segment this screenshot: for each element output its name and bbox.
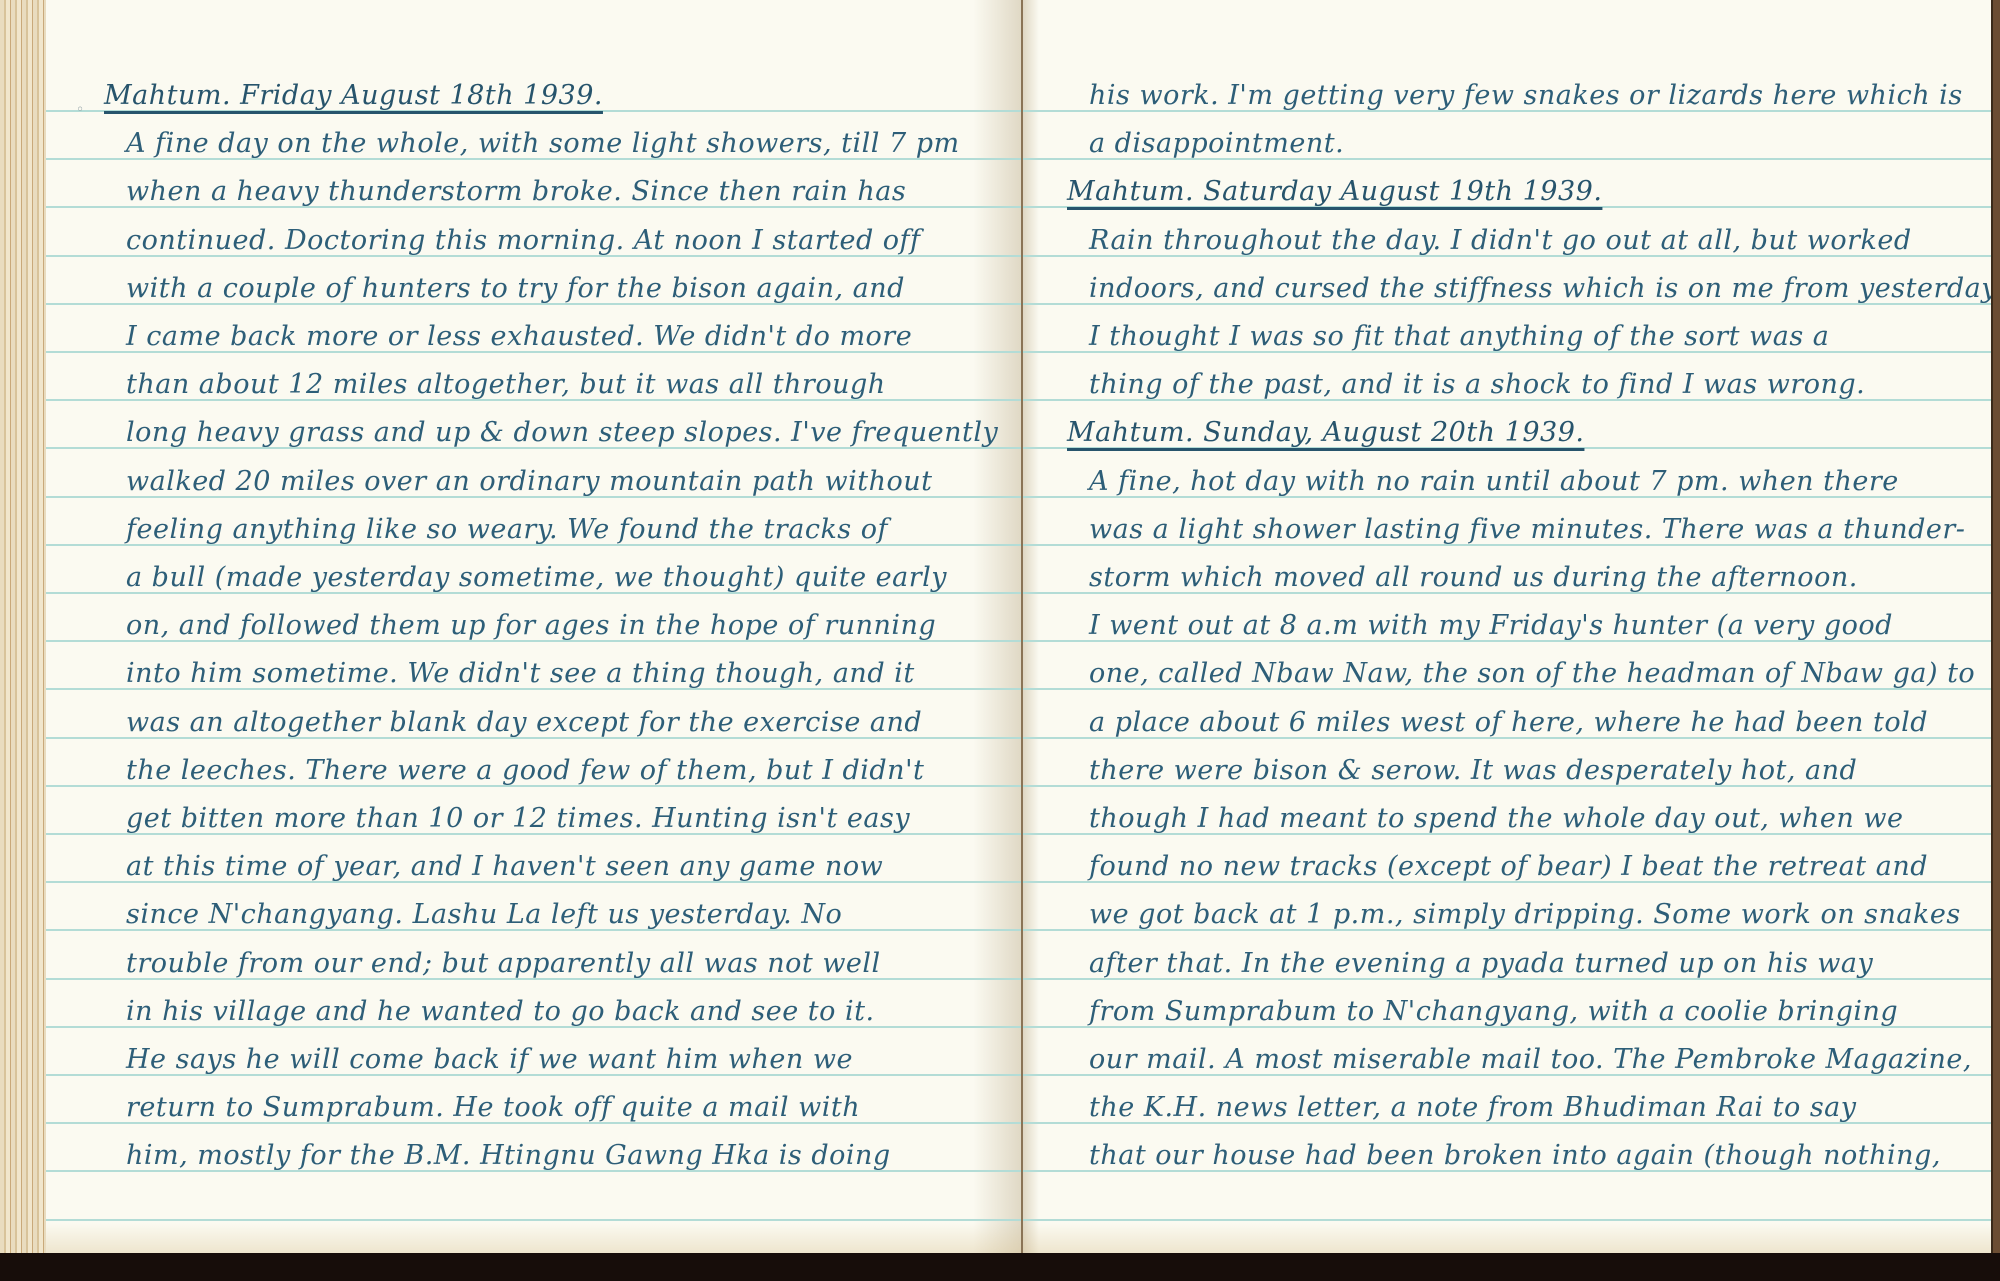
entry-heading: Mahtum. Sunday, August 20th 1939. (1067, 417, 1584, 448)
page-stain (46, 1223, 1023, 1253)
page-stain (1023, 1223, 1991, 1253)
text-line: was a light shower lasting five minutes.… (1089, 514, 1965, 545)
text-line: when a heavy thunderstorm broke. Since t… (126, 176, 906, 207)
text-line: with a couple of hunters to try for the … (126, 273, 905, 304)
ruled-line (1023, 1219, 1991, 1221)
text-line: A fine, hot day with no rain until about… (1089, 466, 1899, 497)
text-line: one, called Nbaw Naw, the son of the hea… (1089, 658, 1975, 689)
text-line: the leeches. There were a good few of th… (126, 755, 924, 786)
text-line: found no new tracks (except of bear) I b… (1089, 851, 1928, 882)
text-line: since N'changyang. Lashu La left us yest… (126, 899, 842, 930)
text-line: long heavy grass and up & down steep slo… (126, 417, 998, 448)
right-page: his work. I'm getting very few snakes or… (1023, 0, 1991, 1253)
text-line: indoors, and cursed the stiffness which … (1089, 273, 1991, 304)
text-line: continued. Doctoring this morning. At no… (126, 225, 921, 256)
text-line: though I had meant to spend the whole da… (1089, 803, 1903, 834)
text-line: from Sumprabum to N'changyang, with a co… (1089, 996, 1898, 1027)
text-line: thing of the past, and it is a shock to … (1089, 369, 1865, 400)
left-page: ◦ Mahtum. Friday August 18th 1939.A fine… (46, 0, 1023, 1253)
text-line: return to Sumprabum. He took off quite a… (126, 1092, 860, 1123)
text-line: our mail. A most miserable mail too. The… (1089, 1044, 1972, 1075)
text-line: A fine day on the whole, with some light… (126, 128, 960, 159)
text-line: than about 12 miles altogether, but it w… (126, 369, 886, 400)
book-page-edges-left (0, 0, 48, 1255)
text-line: at this time of year, and I haven't seen… (126, 851, 883, 882)
text-line: him, mostly for the B.M. Htingnu Gawng H… (126, 1140, 891, 1171)
text-line: a bull (made yesterday sometime, we thou… (126, 562, 947, 593)
text-line: in his village and he wanted to go back … (126, 996, 875, 1027)
book-cover-edge-right (1991, 0, 2000, 1253)
text-line: get bitten more than 10 or 12 times. Hun… (126, 803, 910, 834)
text-line: a disappointment. (1089, 128, 1344, 159)
text-line: trouble from our end; but apparently all… (126, 948, 881, 979)
text-line: feeling anything like so weary. We found… (126, 514, 888, 545)
text-line: Rain throughout the day. I didn't go out… (1089, 225, 1912, 256)
text-line: there were bison & serow. It was despera… (1089, 755, 1857, 786)
background-surface (0, 1253, 2000, 1281)
entry-heading: Mahtum. Friday August 18th 1939. (104, 80, 603, 111)
text-line: I came back more or less exhausted. We d… (126, 321, 912, 352)
text-line: we got back at 1 p.m., simply dripping. … (1089, 899, 1961, 930)
text-line: I thought I was so fit that anything of … (1089, 321, 1829, 352)
text-line: He says he will come back if we want him… (126, 1044, 853, 1075)
gutter-shadow (973, 0, 1023, 1253)
text-line: I went out at 8 a.m with my Friday's hun… (1089, 610, 1893, 641)
text-line: after that. In the evening a pyada turne… (1089, 948, 1873, 979)
gutter-shadow (1023, 0, 1039, 1253)
entry-heading: Mahtum. Saturday August 19th 1939. (1067, 176, 1602, 207)
ink-dot: ◦ (76, 102, 84, 118)
text-line: walked 20 miles over an ordinary mountai… (126, 466, 933, 497)
text-line: the K.H. news letter, a note from Bhudim… (1089, 1092, 1857, 1123)
text-line: his work. I'm getting very few snakes or… (1089, 80, 1963, 111)
text-line: into him sometime. We didn't see a thing… (126, 658, 915, 689)
text-line: storm which moved all round us during th… (1089, 562, 1858, 593)
ruled-line (46, 1219, 1023, 1221)
text-line: was an altogether blank day except for t… (126, 707, 922, 738)
text-line: that our house had been broken into agai… (1089, 1140, 1941, 1171)
text-line: a place about 6 miles west of here, wher… (1089, 707, 1928, 738)
text-line: on, and followed them up for ages in the… (126, 610, 936, 641)
